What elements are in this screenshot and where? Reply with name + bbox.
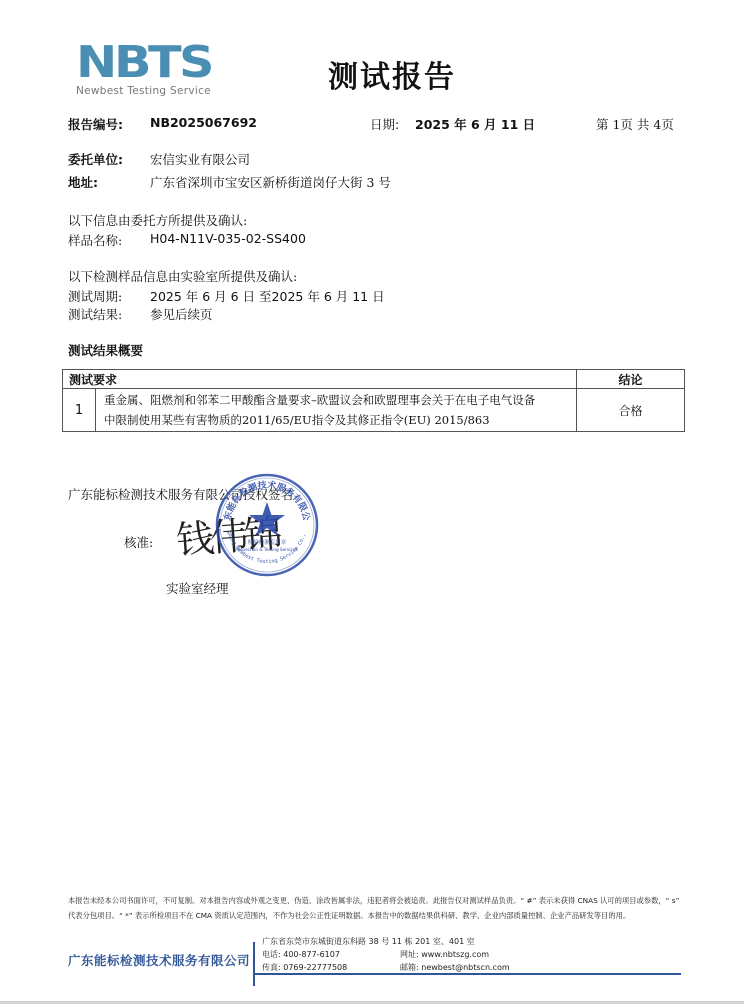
disclaimer-text: 本报告未经本公司书面许可，不可复制。对本报告内容或外观之变更、伪造、涂改皆属非法…	[68, 893, 683, 923]
website-label: 网址:	[400, 950, 419, 959]
nbts-logo: N B T S Newbest Testing Service	[76, 44, 216, 100]
column-header-requirement: 测试要求	[63, 370, 577, 389]
logo-letter: B	[114, 44, 149, 82]
test-result: 参见后续页	[150, 305, 213, 323]
footer-fax: 传真: 0769-22777508	[262, 962, 347, 973]
footer-divider-horizontal	[253, 973, 681, 975]
date-label: 日期:	[370, 115, 399, 133]
client-address: 广东省深圳市宝安区新桥街道岗仔大街 3 号	[150, 173, 391, 191]
footer-company-name: 广东能标检测技术服务有限公司	[68, 951, 250, 969]
email-label: 邮箱:	[400, 963, 419, 972]
phone-label: 电话:	[262, 950, 281, 959]
client-address-label: 地址:	[68, 173, 98, 191]
report-no: NB2025067692	[150, 115, 257, 130]
signer-role: 实验室经理	[166, 579, 229, 597]
footer-email: 邮箱: newbest@nbtscn.com	[400, 962, 510, 973]
sample-name: H04-N11V-035-02-SS400	[150, 231, 306, 246]
document-title: 测试报告	[328, 52, 456, 96]
fax-value: 0769-22777508	[283, 963, 347, 972]
footer-divider-vertical	[253, 942, 255, 986]
svg-text:检验检测专用章: 检验检测专用章	[248, 538, 287, 546]
table-header-row: 测试要求 结论	[63, 370, 685, 389]
requirement-line: 重金属、阻燃剂和邻苯二甲酸酯含量要求–欧盟议会和欧盟理事会关于在电子电气设备	[104, 390, 568, 410]
logo-mark: N B T S	[76, 44, 216, 82]
footer-website: 网址: www.nbtszg.com	[400, 949, 489, 960]
footer-address: 广东省东莞市东城街道东科路 38 号 11 栋 201 室、401 室	[262, 936, 475, 947]
row-conclusion: 合格	[577, 389, 685, 432]
logo-letter: T	[148, 44, 179, 82]
report-date: 2025 年 6 月 11 日	[415, 115, 535, 133]
client-unit: 宏信实业有限公司	[150, 150, 250, 168]
lab-info-intro: 以下检测样品信息由实验室所提供及确认:	[68, 267, 297, 285]
svg-text:Inspection & Testing Services: Inspection & Testing Services	[236, 547, 297, 552]
email-link[interactable]: newbest@nbtscn.com	[421, 963, 509, 972]
company-seal-icon: 广东能标检测技术服务有限公司 Guangdong Newbest Testing…	[214, 472, 320, 578]
sample-name-label: 样品名称:	[68, 231, 122, 249]
table-row: 1 重金属、阻燃剂和邻苯二甲酸酯含量要求–欧盟议会和欧盟理事会关于在电子电气设备…	[63, 389, 685, 432]
summary-title: 测试结果概要	[68, 341, 143, 359]
row-number: 1	[63, 389, 96, 432]
approve-label: 核准:	[124, 533, 153, 551]
test-period: 2025 年 6 月 6 日 至2025 年 6 月 11 日	[150, 287, 385, 305]
footer-phone: 电话: 400-877-6107	[262, 949, 340, 960]
test-period-label: 测试周期:	[68, 287, 122, 305]
requirement-line: 中限制使用某些有害物质的2011/65/EU指令及其修正指令(EU) 2015/…	[104, 410, 568, 430]
page-info: 第 1页 共 4页	[596, 115, 674, 133]
logo-letter: S	[179, 44, 212, 82]
phone-value: 400-877-6107	[283, 950, 340, 959]
client-unit-label: 委托单位:	[68, 150, 123, 168]
client-info-intro: 以下信息由委托方所提供及确认:	[68, 211, 247, 229]
fax-label: 传真:	[262, 963, 281, 972]
logo-letter: N	[76, 44, 115, 82]
summary-table: 测试要求 结论 1 重金属、阻燃剂和邻苯二甲酸酯含量要求–欧盟议会和欧盟理事会关…	[62, 369, 685, 432]
column-header-conclusion: 结论	[577, 370, 685, 389]
test-result-label: 测试结果:	[68, 305, 122, 323]
website-link[interactable]: www.nbtszg.com	[421, 950, 489, 959]
report-no-label: 报告编号:	[68, 115, 123, 133]
row-requirement: 重金属、阻燃剂和邻苯二甲酸酯含量要求–欧盟议会和欧盟理事会关于在电子电气设备 中…	[96, 389, 577, 432]
